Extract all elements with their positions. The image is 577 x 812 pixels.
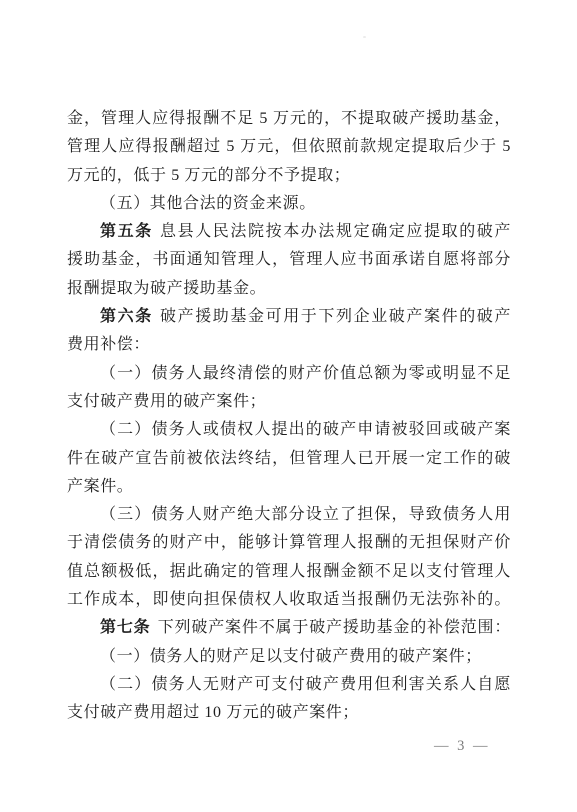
text-line: （一）债务人最终清偿的财产价值总额为零或明显不足	[67, 360, 511, 388]
text-line: 产案件。	[67, 473, 511, 501]
text-line: （二）债务人或债权人提出的破产申请被驳回或破产案	[67, 416, 511, 444]
text-line: （三）债务人财产绝大部分设立了担保，导致债务人用	[67, 501, 511, 529]
line-text: 下列破产案件不属于破产援助基金的补偿范围：	[158, 619, 511, 636]
text-line: 第七条下列破产案件不属于破产援助基金的补偿范围：	[67, 614, 511, 642]
text-line: 件在破产宣告前被依法终结，但管理人已开展一定工作的破	[67, 445, 511, 473]
text-line: （五）其他合法的资金来源。	[67, 190, 511, 218]
text-line: 支付破产费用超过 10 万元的破产案件；	[67, 699, 511, 727]
text-line: 管理人应得报酬超过 5 万元，但依照前款规定提取后少于 5	[67, 133, 511, 161]
scan-speck	[363, 36, 366, 38]
document-page: 金，管理人应得报酬不足 5 万元的，不提取破产援助基金，管理人应得报酬超过 5 …	[0, 0, 577, 812]
text-line: 第六条破产援助基金可用于下列企业破产案件的破产	[67, 303, 511, 331]
document-body: 金，管理人应得报酬不足 5 万元的，不提取破产援助基金，管理人应得报酬超过 5 …	[67, 105, 511, 728]
line-text: 破产援助基金可用于下列企业破产案件的破产	[160, 308, 511, 325]
text-line: （二）债务人无财产可支付破产费用但利害关系人自愿	[67, 671, 511, 699]
text-line: 援助基金，书面通知管理人，管理人应书面承诺自愿将部分	[67, 246, 511, 274]
text-line: 值总额极低，据此确定的管理人报酬金额不足以支付管理人	[67, 558, 511, 586]
text-line: 第五条息县人民法院按本办法规定确定应提取的破产	[67, 218, 511, 246]
page-number: — 3 —	[434, 738, 490, 755]
article-number-heading: 第六条	[100, 308, 153, 325]
text-line: 工作成本，即使向担保债权人收取适当报酬仍无法弥补的。	[67, 586, 511, 614]
article-number-heading: 第五条	[100, 223, 153, 240]
text-line: 支付破产费用的破产案件；	[67, 388, 511, 416]
text-line: 于清偿债务的财产中，能够计算管理人报酬的无担保财产价	[67, 529, 511, 557]
text-line: 万元的，低于 5 万元的部分不予提取；	[67, 162, 511, 190]
text-line: （一）债务人的财产足以支付破产费用的破产案件；	[67, 643, 511, 671]
text-line: 费用补偿：	[67, 331, 511, 359]
text-line: 报酬提取为破产援助基金。	[67, 275, 511, 303]
text-line: 金，管理人应得报酬不足 5 万元的，不提取破产援助基金，	[67, 105, 511, 133]
article-number-heading: 第七条	[100, 619, 151, 636]
line-text: 息县人民法院按本办法规定确定应提取的破产	[160, 223, 511, 240]
